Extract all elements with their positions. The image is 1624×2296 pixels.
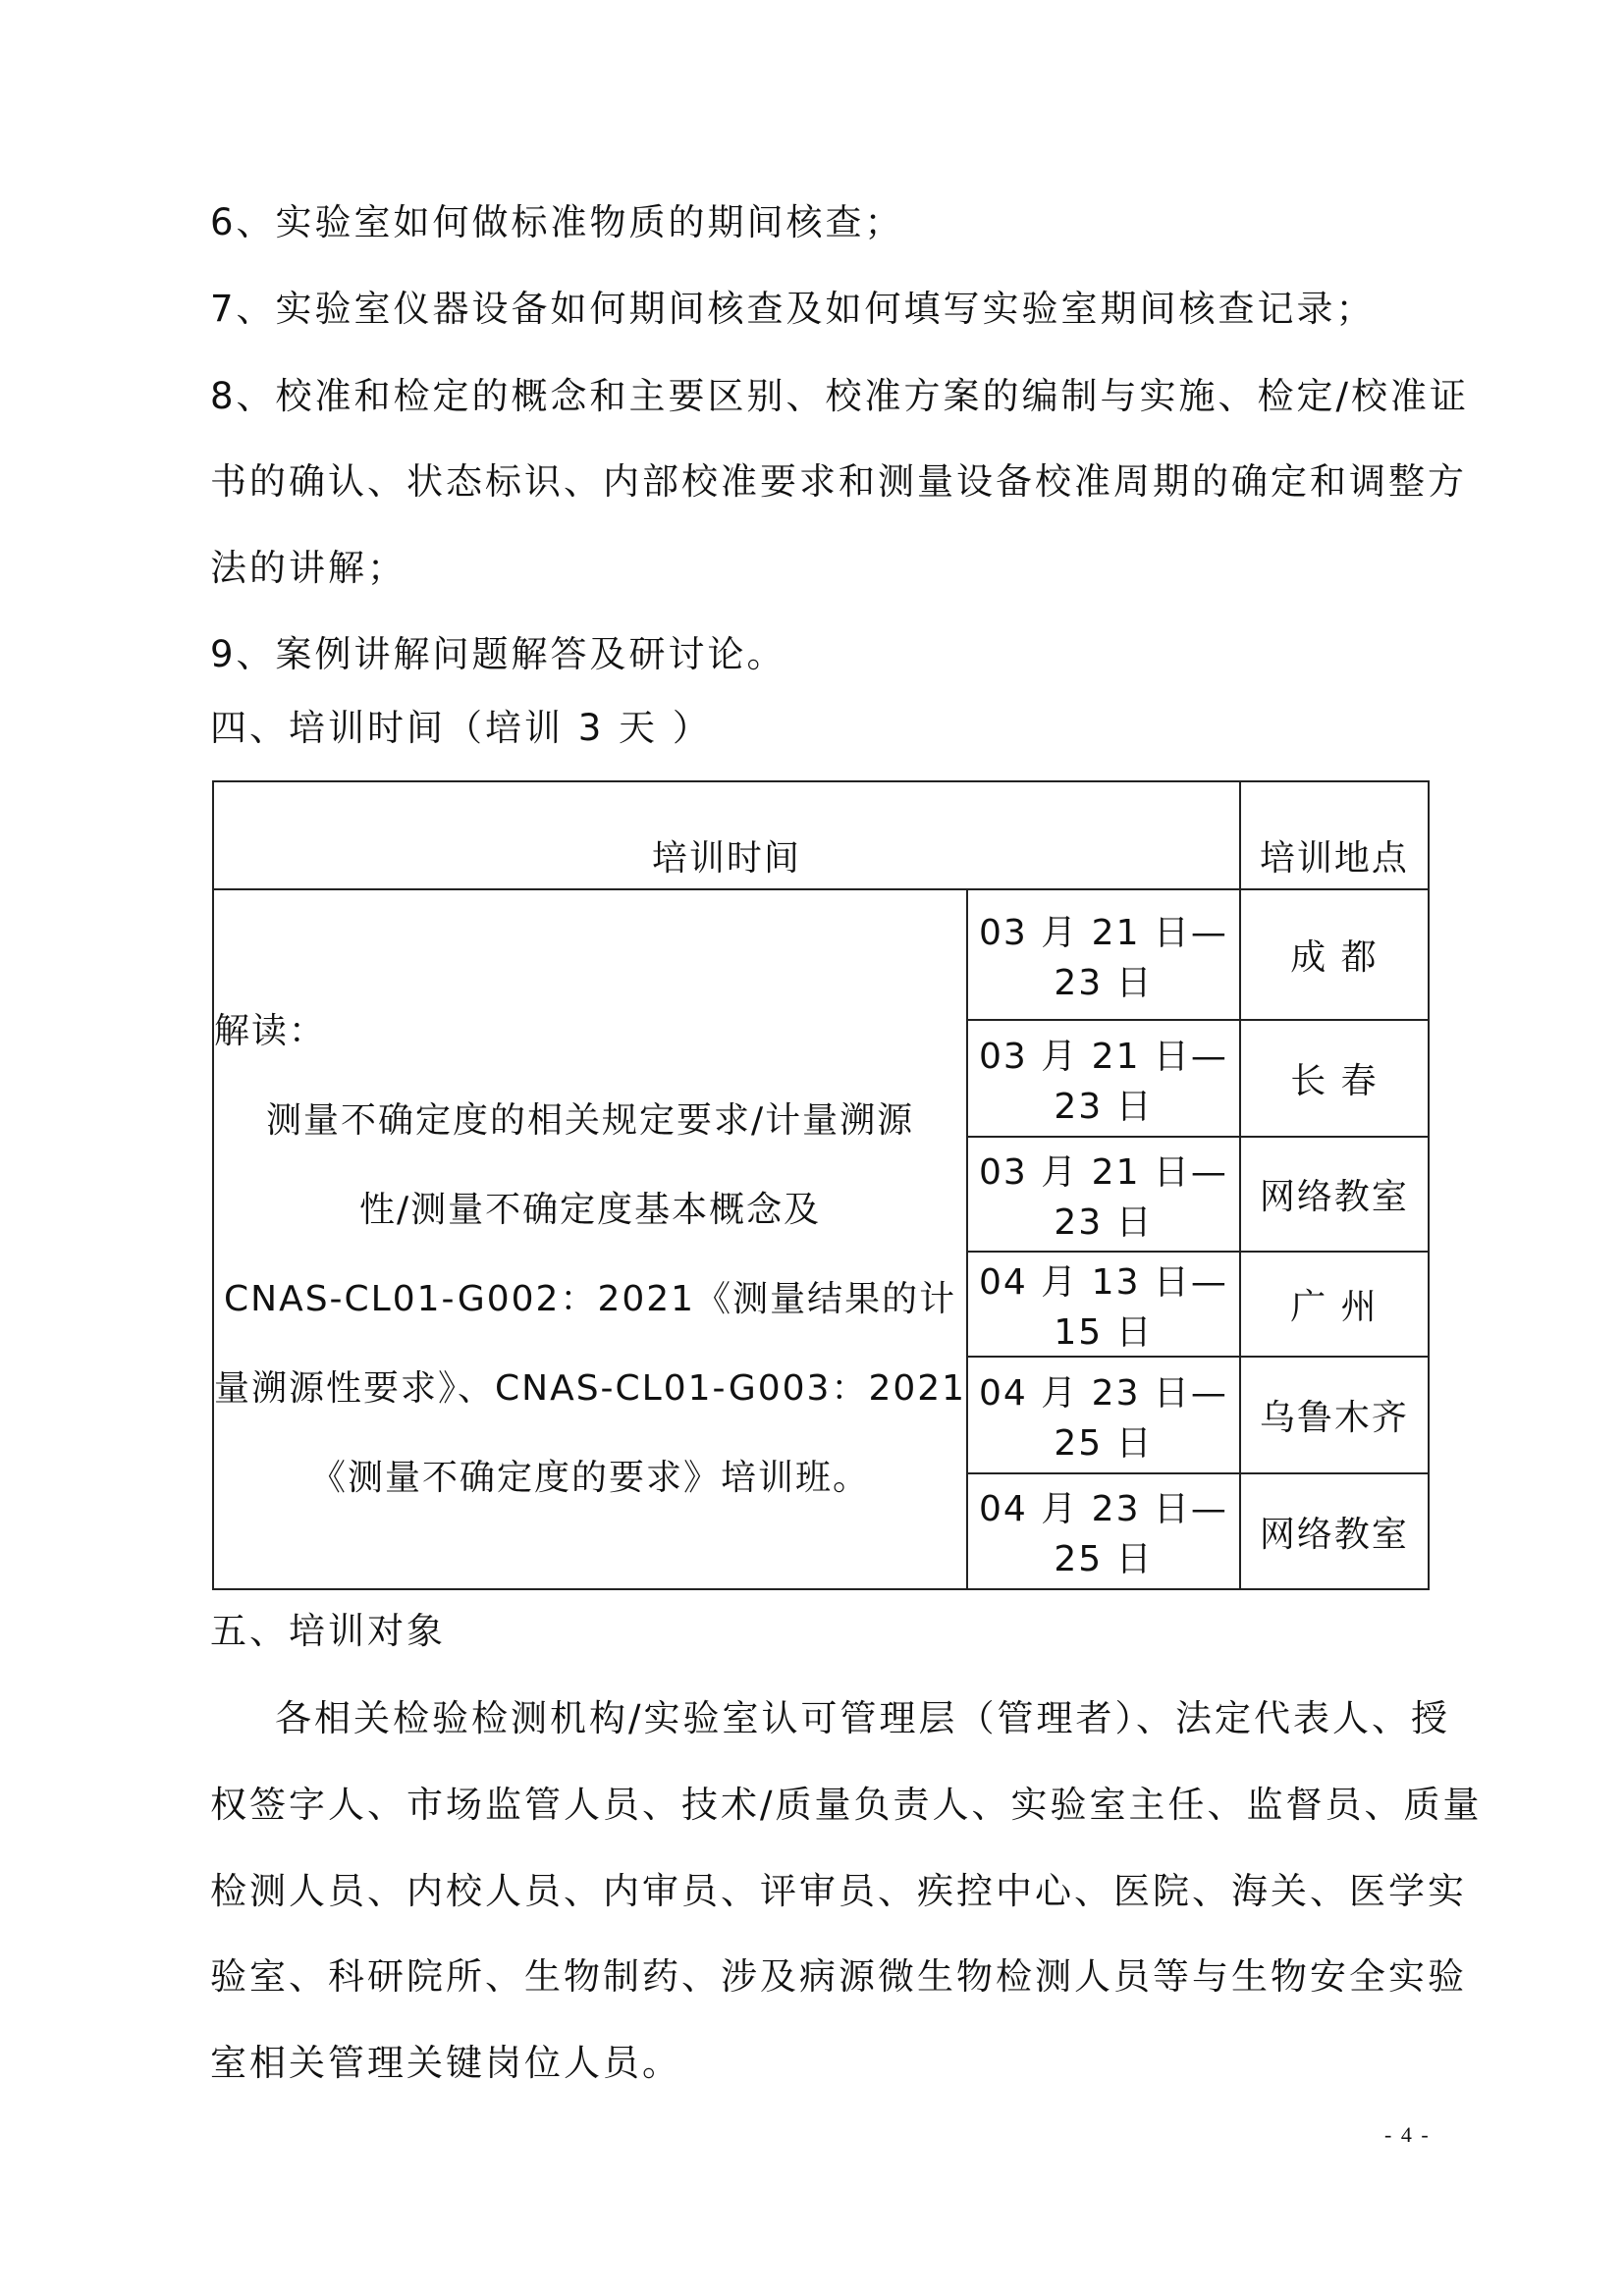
page-number: - 4 - — [1384, 2122, 1431, 2148]
session-date: 03 月 21 日—23 日 — [967, 1137, 1240, 1252]
session-date: 04 月 23 日—25 日 — [967, 1357, 1240, 1473]
session-location: 网络教室 — [1240, 1473, 1429, 1589]
description-line: 量溯源性要求》、CNAS-CL01-G003：2021 — [214, 1344, 966, 1433]
list-item-8-line-1: 8、校准和检定的概念和主要区别、校准方案的编制与实施、检定/校准证 — [210, 373, 1469, 420]
list-item-8-line-3: 法的讲解； — [210, 545, 406, 592]
list-item-7: 7、实验室仪器设备如何期间核查及如何填写实验室期间核查记录； — [210, 286, 1376, 333]
training-schedule-table: 培训时间 培训地点 解读： 测量不确定度的相关规定要求/计量溯源 性/测量不确定… — [212, 780, 1430, 1590]
session-location: 网络教室 — [1240, 1137, 1429, 1252]
section-heading-training-time: 四、培训时间（培训 3 天 ） — [210, 705, 712, 752]
audience-line: 各相关检验检测机构/实验室认可管理层（管理者）、法定代表人、授 — [275, 1695, 1450, 1742]
audience-line: 检测人员、内校人员、内审员、评审员、疾控中心、医院、海关、医学实 — [210, 1868, 1467, 1915]
course-description: 解读： 测量不确定度的相关规定要求/计量溯源 性/测量不确定度基本概念及 CNA… — [213, 889, 967, 1589]
audience-line: 室相关管理关键岗位人员。 — [210, 2040, 681, 2087]
session-date: 03 月 21 日—23 日 — [967, 889, 1240, 1020]
session-location: 广 州 — [1240, 1252, 1429, 1357]
description-line: 性/测量不确定度基本概念及 — [214, 1165, 966, 1255]
list-item-8-line-2: 书的确认、状态标识、内部校准要求和测量设备校准周期的确定和调整方 — [210, 458, 1467, 506]
header-training-location: 培训地点 — [1240, 781, 1429, 889]
session-date: 03 月 21 日—23 日 — [967, 1020, 1240, 1137]
session-date: 04 月 23 日—25 日 — [967, 1473, 1240, 1589]
description-line: 《测量不确定度的要求》培训班。 — [214, 1433, 966, 1522]
session-location: 乌鲁木齐 — [1240, 1357, 1429, 1473]
list-item-9: 9、案例讲解问题解答及研讨论。 — [210, 631, 786, 678]
section-heading-training-audience: 五、培训对象 — [210, 1608, 446, 1655]
list-item-6: 6、实验室如何做标准物质的期间核查； — [210, 199, 904, 246]
description-line: CNAS-CL01-G002：2021《测量结果的计 — [214, 1255, 966, 1344]
description-line: 测量不确定度的相关规定要求/计量溯源 — [214, 1076, 966, 1165]
table-row: 解读： 测量不确定度的相关规定要求/计量溯源 性/测量不确定度基本概念及 CNA… — [213, 889, 1429, 1020]
description-line: 解读： — [214, 987, 966, 1076]
audience-line: 权签字人、市场监管人员、技术/质量负责人、实验室主任、监督员、质量 — [210, 1782, 1482, 1829]
session-date: 04 月 13 日—15 日 — [967, 1252, 1240, 1357]
header-training-time: 培训时间 — [213, 781, 1240, 889]
session-location: 成 都 — [1240, 889, 1429, 1020]
session-location: 长 春 — [1240, 1020, 1429, 1137]
table-header-row: 培训时间 培训地点 — [213, 781, 1429, 889]
audience-line: 验室、科研院所、生物制药、涉及病源微生物检测人员等与生物安全实验 — [210, 1953, 1467, 2001]
